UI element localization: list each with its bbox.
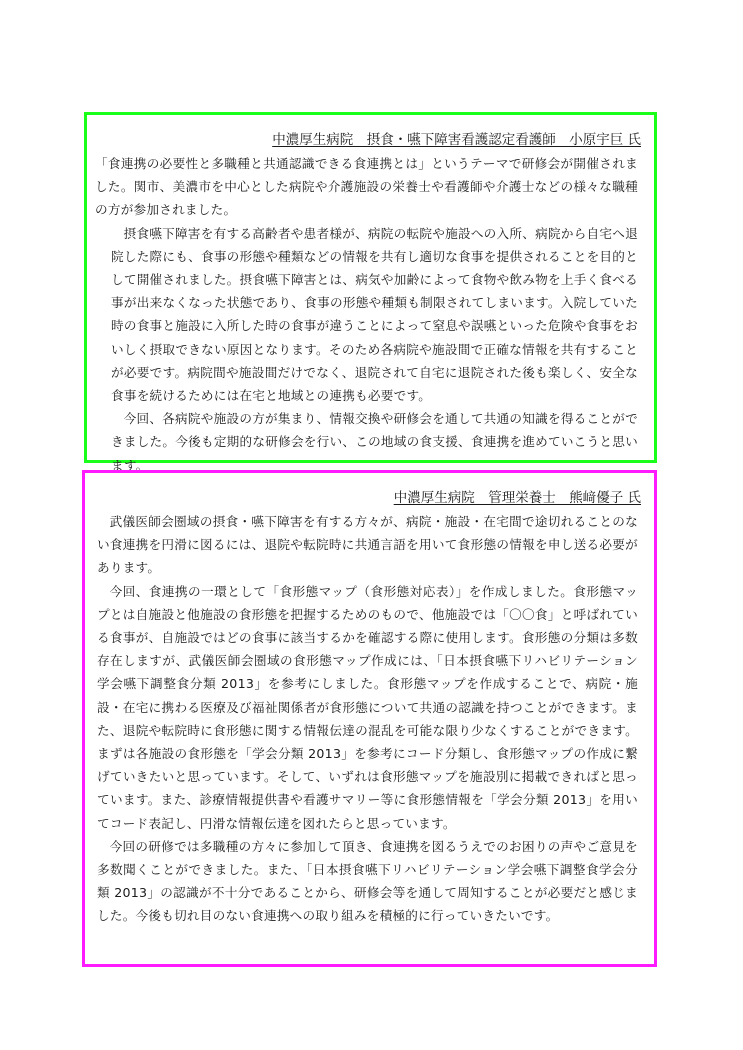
report-section-dietitian: 中濃厚生病院 管理栄養士 熊﨑優子 氏 武儀医師会圏域の摂食・嚥下障害を有する方… — [82, 470, 657, 967]
paragraph: 今回の研修では多職種の方々に参加して頂き、食連携を図るうえでのお困りの声やご意見… — [97, 835, 644, 928]
byline-text: 中濃厚生病院 摂食・嚥下障害看護認定看護師 小原宇巨 氏 — [272, 132, 641, 148]
paragraph: 「食連携の必要性と多職種と共通認識できる食連携とは」というテーマで研修会が開催さ… — [95, 152, 644, 222]
paragraph: 今回、各病院や施設の方が集まり、情報交換や研修会を通して共通の知識を得ることがで… — [111, 407, 644, 477]
report-section-nurse: 中濃厚生病院 摂食・嚥下障害看護認定看護師 小原宇巨 氏 「食連携の必要性と多職… — [84, 112, 657, 463]
byline-text: 中濃厚生病院 管理栄養士 熊﨑優子 氏 — [394, 490, 641, 506]
byline: 中濃厚生病院 摂食・嚥下障害看護認定看護師 小原宇巨 氏 — [111, 129, 644, 152]
paragraph: 摂食嚥下障害を有する高齢者や患者様が、病院の転院や施設への入所、病院から自宅へ退… — [111, 222, 644, 408]
byline: 中濃厚生病院 管理栄養士 熊﨑優子 氏 — [109, 487, 644, 510]
paragraph: 今回、食連携の一環として「食形態マップ（食形態対応表）」を作成しました。食形態マ… — [97, 580, 644, 835]
paragraph: 武儀医師会圏域の摂食・嚥下障害を有する方々が、病院・施設・在宅間で途切れることの… — [97, 510, 644, 580]
